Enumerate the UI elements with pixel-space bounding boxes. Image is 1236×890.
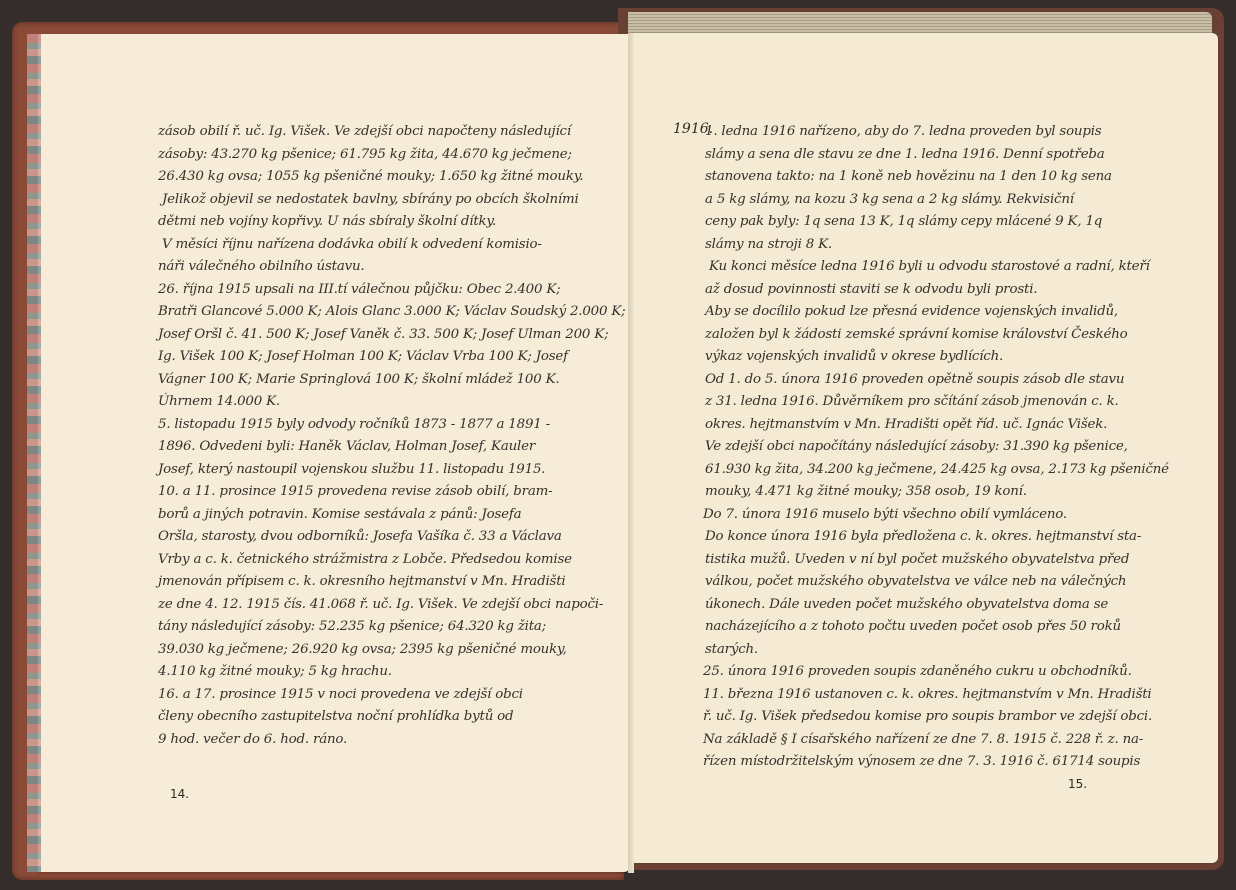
handwritten-line: úkonech. Dále uveden počet mužského obyv… bbox=[705, 594, 1169, 617]
handwritten-line: tistika mužů. Uveden v ní byl počet mužs… bbox=[705, 549, 1169, 572]
handwritten-line: 11. března 1916 ustanoven c. k. okres. h… bbox=[703, 684, 1169, 707]
handwritten-line: 9 hod. večer do 6. hod. ráno. bbox=[158, 729, 626, 752]
handwritten-line: Bratři Glancové 5.000 K; Alois Glanc 3.0… bbox=[158, 301, 626, 324]
right-page-number: 15. bbox=[1068, 777, 1087, 791]
handwritten-line: 26.430 kg ovsa; 1055 kg pšeničné mouky; … bbox=[158, 166, 626, 189]
handwritten-line: Ig. Višek 100 K; Josef Holman 100 K; Vác… bbox=[158, 346, 626, 369]
handwritten-line: Do konce února 1916 byla předložena c. k… bbox=[705, 526, 1169, 549]
handwritten-line: ř. uč. Ig. Višek předsedou komise pro so… bbox=[703, 706, 1169, 729]
handwritten-line: ceny pak byly: 1q sena 13 K, 1q slámy ce… bbox=[705, 211, 1169, 234]
handwritten-line: stanovena takto: na 1 koně neb hovězinu … bbox=[705, 166, 1169, 189]
handwritten-line: 1896. Odvedeni byli: Haněk Václav, Holma… bbox=[158, 436, 626, 459]
handwritten-line: Oršla, starosty, dvou odborníků: Josefa … bbox=[158, 526, 626, 549]
handwritten-line: Jelikož objevil se nedostatek bavlny, sb… bbox=[162, 189, 626, 212]
handwritten-line: slámy na stroji 8 K. bbox=[705, 234, 1169, 257]
handwritten-line: Ve zdejší obci napočítány následující zá… bbox=[705, 436, 1169, 459]
handwritten-line: řízen místodržitelským výnosem ze dne 7.… bbox=[703, 751, 1169, 774]
handwritten-line: dětmi neb vojíny kopřivy. U nás sbíraly … bbox=[158, 211, 626, 234]
handwritten-line: nacházejícího a z tohoto počtu uveden po… bbox=[705, 616, 1169, 639]
handwritten-line: až dosud povinnosti staviti se k odvodu … bbox=[705, 279, 1169, 302]
handwritten-line: Josef, který nastoupil vojenskou službu … bbox=[158, 459, 626, 482]
handwritten-line: okres. hejtmanstvím v Mn. Hradišti opět … bbox=[705, 414, 1169, 437]
handwritten-line: ze dne 4. 12. 1915 čís. 41.068 ř. uč. Ig… bbox=[158, 594, 626, 617]
handwritten-line: 10. a 11. prosince 1915 provedena revise… bbox=[158, 481, 626, 504]
handwritten-line: z 31. ledna 1916. Důvěrníkem pro sčítání… bbox=[705, 391, 1169, 414]
handwritten-line: slámy a sena dle stavu ze dne 1. ledna 1… bbox=[705, 144, 1169, 167]
handwritten-line: borů a jiných potravin. Komise sestávala… bbox=[158, 504, 626, 527]
book-gutter bbox=[628, 33, 634, 873]
handwritten-line: 39.030 kg ječmene; 26.920 kg ovsa; 2395 … bbox=[158, 639, 626, 662]
handwritten-line: založen byl k žádosti zemské správní kom… bbox=[705, 324, 1169, 347]
handwritten-line: Úhrnem 14.000 K. bbox=[158, 391, 626, 414]
handwritten-line: 5. listopadu 1915 byly odvody ročníků 18… bbox=[158, 414, 626, 437]
handwritten-line: Josef Oršl č. 41. 500 K; Josef Vaněk č. … bbox=[158, 324, 626, 347]
handwritten-line: Aby se docílilo pokud lze přesná evidenc… bbox=[705, 301, 1169, 324]
page-stack-edges bbox=[628, 12, 1212, 34]
handwritten-line: tány následující zásoby: 52.235 kg pšeni… bbox=[158, 616, 626, 639]
handwritten-line: jmenován přípisem c. k. okresního hejtma… bbox=[158, 571, 626, 594]
handwritten-line: mouky, 4.471 kg žitné mouky; 358 osob, 1… bbox=[705, 481, 1169, 504]
handwritten-line: 25. února 1916 proveden soupis zdaněného… bbox=[703, 661, 1169, 684]
handwritten-line: zásoby: 43.270 kg pšenice; 61.795 kg žit… bbox=[158, 144, 626, 167]
handwritten-line: 4.110 kg žitné mouky; 5 kg hrachu. bbox=[158, 661, 626, 684]
handwritten-line: válkou, počet mužského obyvatelstva ve v… bbox=[705, 571, 1169, 594]
handwritten-line: členy obecního zastupitelstva noční proh… bbox=[158, 706, 626, 729]
handwritten-line: Do 7. února 1916 muselo býti všechno obi… bbox=[703, 504, 1169, 527]
handwritten-line: výkaz vojenských invalidů v okrese bydlí… bbox=[705, 346, 1169, 369]
marbled-endpaper-edge bbox=[27, 34, 41, 872]
right-page-text: 1. ledna 1916 nařízeno, aby do 7. ledna … bbox=[705, 121, 1169, 774]
handwritten-line: Na základě § I císařského nařízení ze dn… bbox=[703, 729, 1169, 752]
left-page-text: zásob obilí ř. uč. Ig. Višek. Ve zdejší … bbox=[158, 121, 626, 751]
handwritten-line: 26. října 1915 upsali na III.tí válečnou… bbox=[158, 279, 626, 302]
handwritten-line: Vágner 100 K; Marie Springlová 100 K; šk… bbox=[158, 369, 626, 392]
left-page-number: 14. bbox=[170, 787, 189, 801]
handwritten-line: Vrby a c. k. četnického strážmistra z Lo… bbox=[158, 549, 626, 572]
handwritten-line: 61.930 kg žita, 34.200 kg ječmene, 24.42… bbox=[705, 459, 1169, 482]
handwritten-line: a 5 kg slámy, na kozu 3 kg sena a 2 kg s… bbox=[705, 189, 1169, 212]
handwritten-line: Od 1. do 5. února 1916 proveden opětně s… bbox=[705, 369, 1169, 392]
handwritten-line: 16. a 17. prosince 1915 v noci provedena… bbox=[158, 684, 626, 707]
handwritten-line: 1. ledna 1916 nařízeno, aby do 7. ledna … bbox=[705, 121, 1169, 144]
handwritten-line: starých. bbox=[705, 639, 1169, 662]
handwritten-line: zásob obilí ř. uč. Ig. Višek. Ve zdejší … bbox=[158, 121, 626, 144]
handwritten-line: Ku konci měsíce ledna 1916 byli u odvodu… bbox=[709, 256, 1169, 279]
handwritten-line: V měsíci říjnu nařízena dodávka obilí k … bbox=[162, 234, 626, 257]
handwritten-line: náři válečného obilního ústavu. bbox=[158, 256, 626, 279]
